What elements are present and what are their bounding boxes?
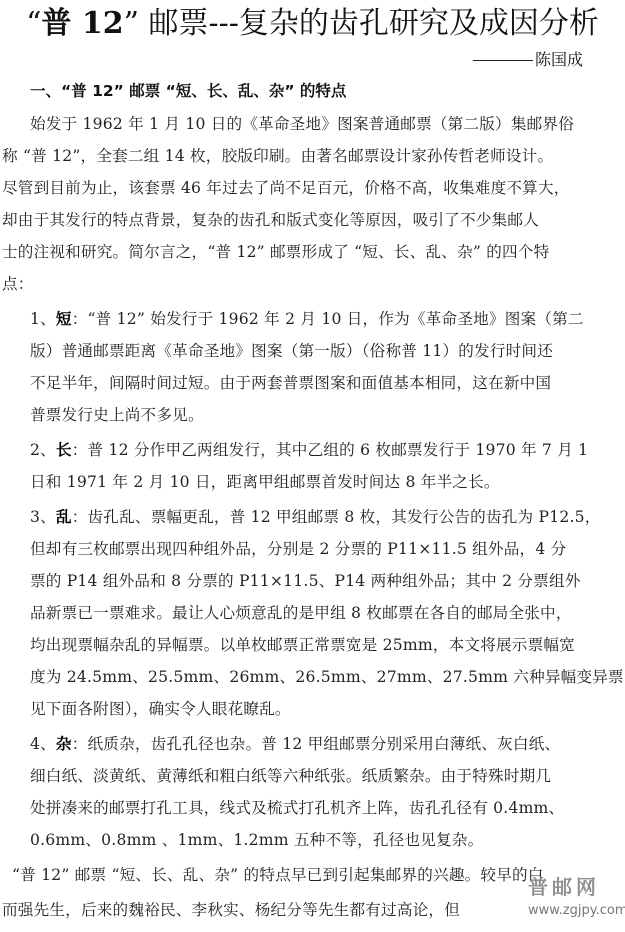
list-item-first-line: 1、短：“普 12” 始发行于 1962 年 2 月 10 日，作为《革命圣地》… (30, 309, 625, 329)
list-item-line: 见下面各附图），确实令人眼花瞭乱。 (30, 699, 625, 719)
title-bold-part: 普 12 (41, 6, 123, 41)
list-item-number: 2、 (30, 441, 56, 459)
em-dash-rule (473, 60, 533, 61)
list-item-keyword: 杂 (56, 735, 72, 753)
paragraph-line: 却由于其发行的特点背景，复杂的齿孔和版式变化等原因，吸引了不少集邮人 (2, 210, 625, 230)
list-item-line: 均出现票幅杂乱的异幅票。以单枚邮票正常票宽是 25mm，本文将展示票幅宽 (30, 635, 625, 655)
list-item-text: ：“普 12” 始发行于 1962 年 2 月 10 日，作为《革命圣地》图案（… (72, 310, 584, 328)
list-item-line: 日和 1971 年 2 月 10 日，距离甲组邮票首发时间达 8 年半之长。 (30, 472, 625, 492)
title-quote-open: “ (26, 6, 41, 41)
list-item-keyword: 短 (56, 310, 72, 328)
list-item-first-line: 2、长：普 12 分作甲乙两组发行，其中乙组的 6 枚邮票发行于 1970 年 … (30, 440, 625, 460)
paragraph-line: 点： (2, 274, 625, 294)
section-heading: 一、“普 12” 邮票 “短、长、乱、杂” 的特点 (30, 81, 346, 101)
list-item-line: 品新票已一票难求。最让人心烦意乱的是甲组 8 枚邮票在各自的邮局全张中， (30, 603, 625, 623)
list-item-text: ：普 12 分作甲乙两组发行，其中乙组的 6 枚邮票发行于 1970 年 7 月… (72, 441, 589, 459)
list-item-line: 度为 24.5mm、25.5mm、26mm、26.5mm、27mm、27.5mm… (30, 667, 625, 687)
list-item-line: 0.6mm、0.8mm 、1mm、1.2mm 五种不等，孔径也见复杂。 (30, 830, 625, 850)
list-item-first-line: 3、乱：齿孔乱、票幅更乱，普 12 甲组邮票 8 枚，其发行公告的齿孔为 P12… (30, 507, 625, 527)
paragraph-line: 尽管到目前为止，该套票 46 年过去了尚不足百元，价格不高，收集难度不算大， (2, 178, 625, 198)
list-item-line: 细白纸、淡黄纸、黄薄纸和粗白纸等六种纸张。纸质繁杂。由于特殊时期几 (30, 766, 625, 786)
list-item-number: 1、 (30, 310, 56, 328)
list-item-text: ：纸质杂，齿孔孔径也杂。普 12 甲组邮票分别采用白薄纸、灰白纸、 (72, 735, 561, 753)
list-item-line: 版）普通邮票距离《革命圣地》图案（第一版）（俗称普 11）的发行时间还 (30, 341, 625, 361)
list-item-first-line: 4、杂：纸质杂，齿孔孔径也杂。普 12 甲组邮票分别采用白薄纸、灰白纸、 (30, 734, 625, 754)
article-title: “普 12” 邮票---复杂的齿孔研究及成因分析 (0, 6, 625, 42)
watermark-logo: 普邮网 (528, 876, 600, 898)
list-item-number: 4、 (30, 735, 56, 753)
list-item-line: 票的 P14 组外品和 8 分票的 P11×11.5、P14 两种组外品；其中 … (30, 571, 625, 591)
watermark-url: www.zgjpy.com (528, 902, 625, 920)
author-name: 陈国成 (535, 50, 583, 69)
author-byline: 陈国成 (473, 50, 583, 70)
paragraph-line: 始发于 1962 年 1 月 10 日的《革命圣地》图案普通邮票（第二版）集邮界… (30, 114, 625, 134)
title-rest: ” 邮票---复杂的齿孔研究及成因分析 (124, 6, 599, 41)
list-item-text: ：齿孔乱、票幅更乱，普 12 甲组邮票 8 枚，其发行公告的齿孔为 P12.5， (72, 508, 601, 526)
paragraph-line: 士的注视和研究。简尔言之，“普 12” 邮票形成了 “短、长、乱、杂” 的四个特 (2, 242, 625, 262)
list-item-line: 普票发行史上尚不多见。 (30, 405, 625, 425)
paragraph-line: 称 “普 12”，全套二组 14 枚，胶版印刷。由著名邮票设计家孙传哲老师设计。 (2, 146, 625, 166)
list-item-keyword: 乱 (56, 508, 72, 526)
list-item-line: 处拼凑来的邮票打孔工具，线式及梳式打孔机齐上阵，齿孔孔径有 0.4mm、 (30, 798, 625, 818)
list-item-line: 但却有三枚邮票出现四种组外品，分别是 2 分票的 P11×11.5 组外品，4 … (30, 539, 625, 559)
list-item-line: 不足半年，间隔时间过短。由于两套普票图案和面值基本相同，这在新中国 (30, 373, 625, 393)
list-item-keyword: 长 (56, 441, 72, 459)
list-item-number: 3、 (30, 508, 56, 526)
